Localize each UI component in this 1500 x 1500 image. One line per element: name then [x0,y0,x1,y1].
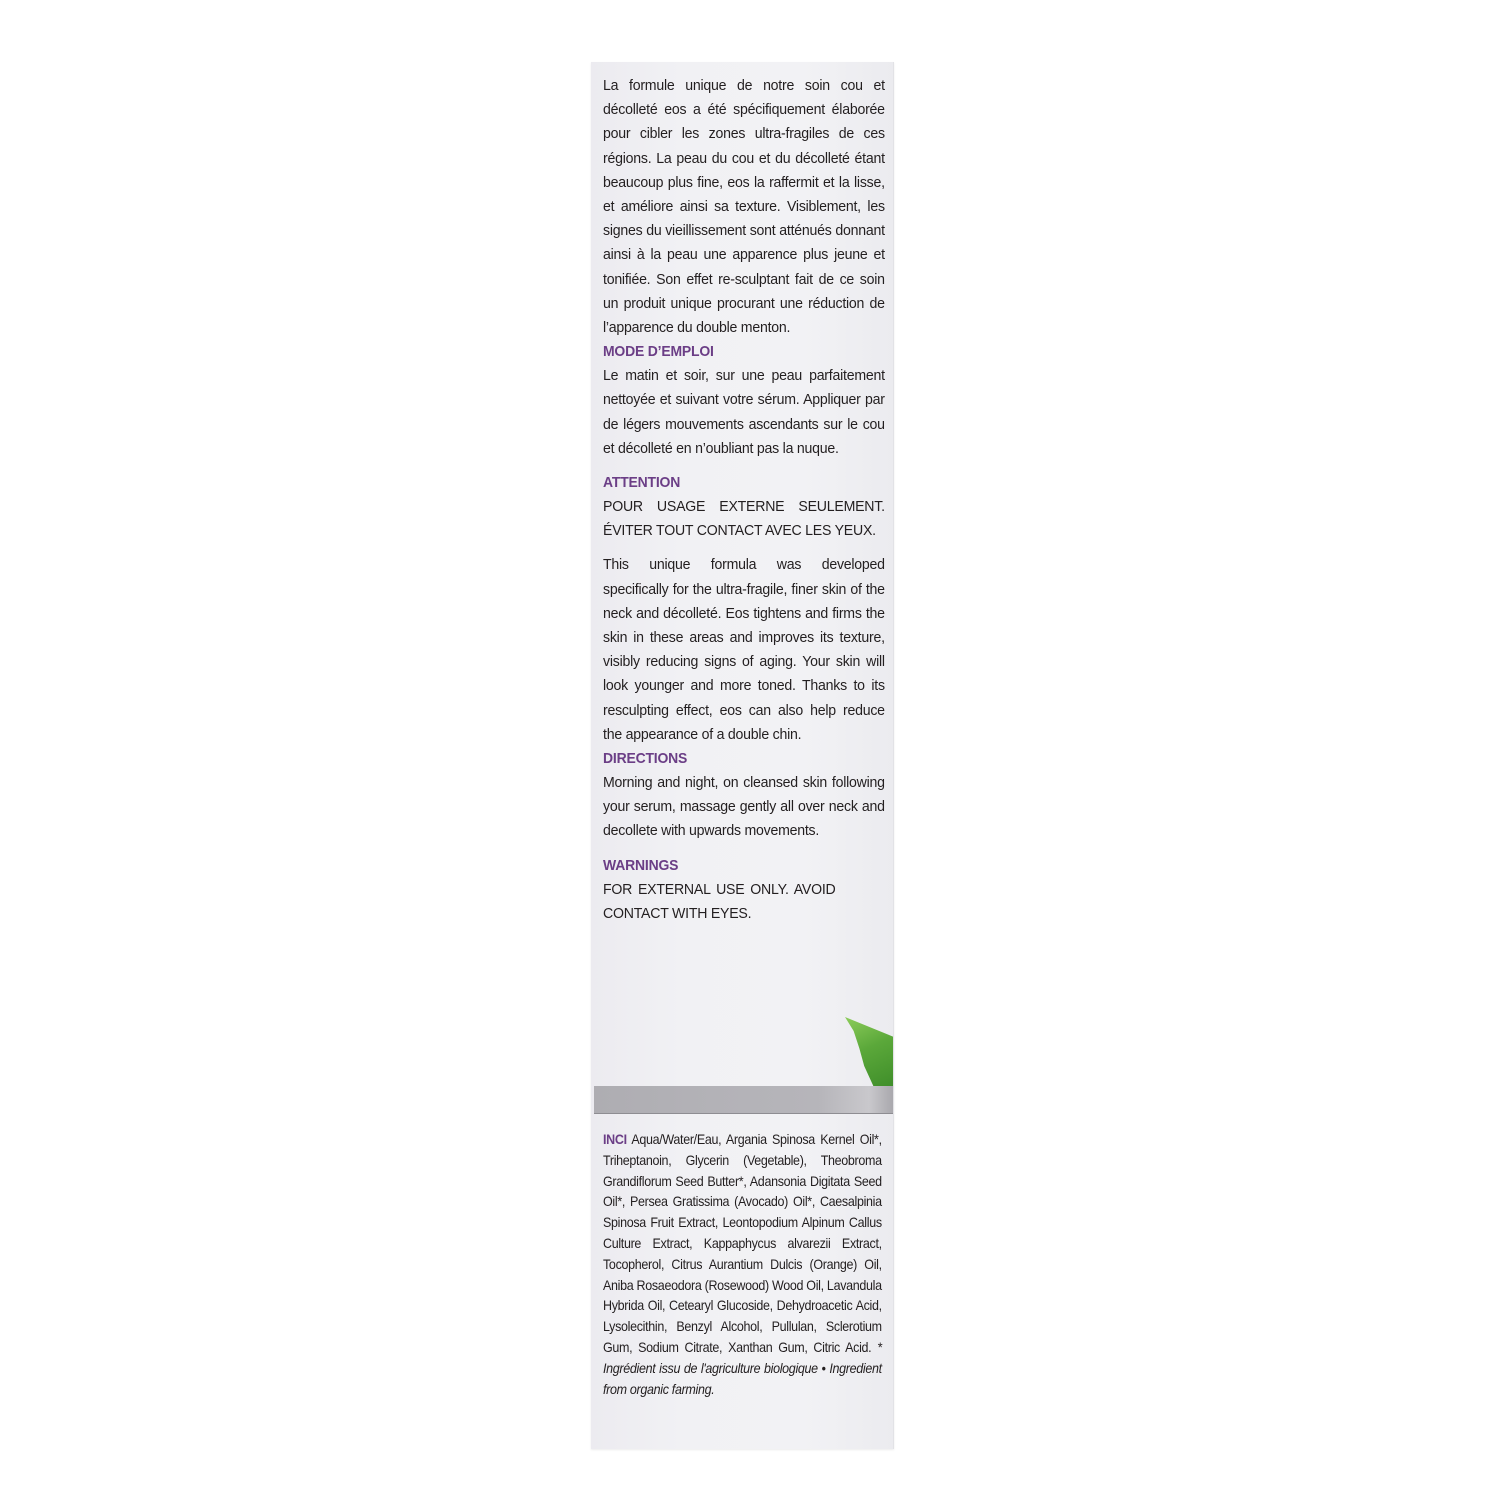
leaf-graphic-icon [845,1017,893,1087]
french-description: La formule unique de notre soin cou et d… [603,74,885,340]
mode-emploi-text: Le matin et soir, sur une peau parfaitem… [603,364,885,461]
inci-ingredients: INCI Aqua/Water/Eau, Argania Spinosa Ker… [603,1130,882,1400]
warnings-heading: WARNINGS [603,854,885,878]
directions-block: DIRECTIONS Morning and night, on cleanse… [603,747,885,844]
attention-heading: ATTENTION [603,471,885,495]
gray-divider-band [594,1086,893,1114]
warnings-text: FOR EXTERNAL USE ONLY. AVOID CONTACT WIT… [603,878,836,926]
directions-heading: DIRECTIONS [603,747,885,771]
mode-emploi-heading: MODE D’EMPLOI [603,340,885,364]
attention-block: ATTENTION POUR USAGE EXTERNE SEULEMENT. … [603,471,885,543]
inci-label: INCI [603,1132,627,1147]
mode-emploi-block: MODE D’EMPLOI Le matin et soir, sur une … [603,340,885,461]
french-section: La formule unique de notre soin cou et d… [603,74,885,936]
attention-text: POUR USAGE EXTERNE SEULEMENT. ÉVITER TOU… [603,495,885,543]
english-description: This unique formula was developed specif… [603,553,885,747]
product-box-side-panel: La formule unique de notre soin cou et d… [591,62,894,1449]
directions-text: Morning and night, on cleansed skin foll… [603,771,885,844]
warnings-block: WARNINGS FOR EXTERNAL USE ONLY. AVOID CO… [603,854,885,926]
inci-ingredient-list: Aqua/Water/Eau, Argania Spinosa Kernel O… [603,1132,882,1355]
